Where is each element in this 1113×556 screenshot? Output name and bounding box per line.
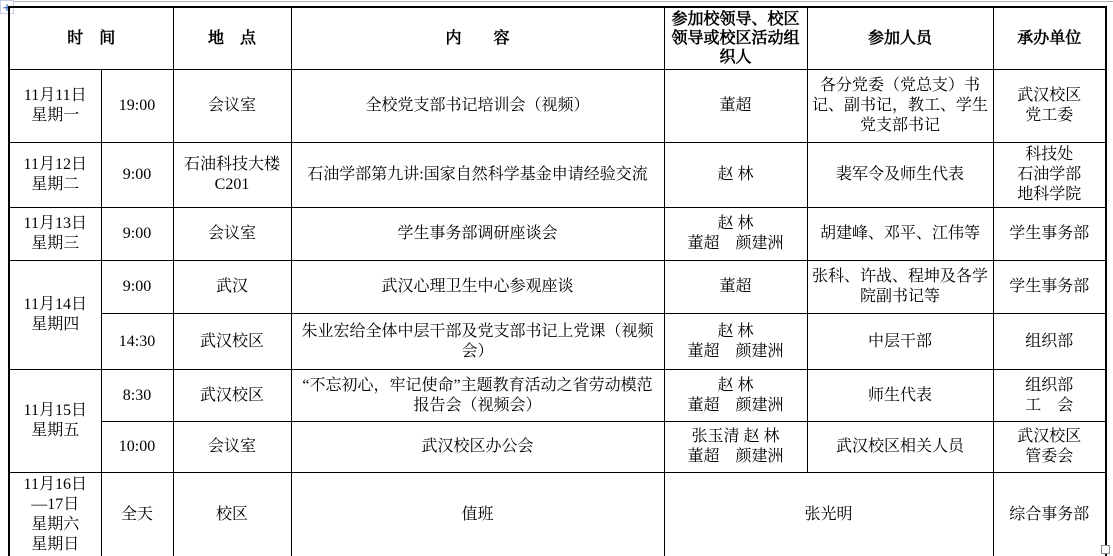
row-nov15-later: 10:00 会议室 武汉校区办公会 张玉清 赵 林 董超 颜建洲 武汉校区相关人… — [9, 422, 1106, 473]
leaders-text: 张玉清 赵 林 董超 颜建洲 — [669, 427, 803, 467]
cell-organizer[interactable]: 武汉校区 管委会 — [993, 422, 1106, 473]
header-cell-time[interactable]: 时 间 — [9, 7, 173, 70]
time-text: 14:30 — [106, 332, 169, 352]
leaders-text: 赵 林 董超 颜建洲 — [669, 376, 803, 416]
cell-leaders[interactable]: 董超 — [664, 70, 807, 143]
cell-leaders[interactable]: 赵 林 董超 颜建洲 — [664, 314, 807, 370]
header-participants-label: 参加人员 — [812, 29, 989, 49]
organizer-text: 组织部 — [998, 332, 1102, 352]
row-nov14-morning: 11月14日 星期四 9:00 武汉 武汉心理卫生中心参观座谈 董超 张科、许战… — [9, 261, 1106, 314]
cell-date[interactable]: 11月14日 星期四 — [9, 261, 101, 370]
content-text: 石油学部第九讲:国家自然科学基金申请经验交流 — [296, 165, 660, 185]
duty-person-text: 张光明 — [669, 505, 989, 525]
content-text: “不忘初心，牢记使命”主题教育活动之省劳动模范报告会（视频会） — [296, 376, 660, 416]
header-cell-organizer[interactable]: 承办单位 — [993, 7, 1106, 70]
cell-organizer[interactable]: 学生事务部 — [993, 208, 1106, 261]
header-location-label: 地 点 — [178, 29, 287, 49]
table-resize-handle[interactable] — [1101, 545, 1110, 554]
location-text: 武汉校区 — [178, 332, 287, 352]
cell-location[interactable]: 会议室 — [173, 70, 291, 143]
cell-content[interactable]: 武汉校区办公会 — [291, 422, 664, 473]
cell-content[interactable]: 朱业宏给全体中层干部及党支部书记上党课（视频会） — [291, 314, 664, 370]
cell-content[interactable]: 值班 — [291, 473, 664, 556]
row-nov15-morning: 11月15日 星期五 8:30 武汉校区 “不忘初心，牢记使命”主题教育活动之省… — [9, 370, 1106, 422]
header-time-label: 时 间 — [14, 29, 169, 49]
header-cell-content[interactable]: 内 容 — [291, 7, 664, 70]
organizer-text: 武汉校区 党工委 — [998, 86, 1102, 126]
location-text: 会议室 — [178, 96, 287, 116]
organizer-text: 科技处 石油学部 地科学院 — [998, 145, 1102, 205]
cell-leaders[interactable]: 赵 林 董超 颜建洲 — [664, 370, 807, 422]
leaders-text: 赵 林 — [669, 165, 803, 185]
cell-leaders[interactable]: 董超 — [664, 261, 807, 314]
location-text: 武汉校区 — [178, 386, 287, 406]
cell-location[interactable]: 武汉校区 — [173, 314, 291, 370]
time-text: 9:00 — [106, 165, 169, 185]
cell-time[interactable]: 8:30 — [101, 370, 173, 422]
row-nov11: 11月11日 星期一 19:00 会议室 全校党支部书记培训会（视频） 董超 各… — [9, 70, 1106, 143]
cell-participants[interactable]: 胡建峰、邓平、江伟等 — [807, 208, 993, 261]
date-text: 11月16日 —17日 星期六 星期日 — [14, 475, 97, 555]
location-text: 石油科技大楼 C201 — [178, 155, 287, 195]
organizer-text: 武汉校区 管委会 — [998, 427, 1102, 467]
location-text: 会议室 — [178, 437, 287, 457]
page-edge-line — [13, 1, 1113, 2]
content-text: 值班 — [296, 505, 660, 525]
cell-participants[interactable]: 裴军令及师生代表 — [807, 143, 993, 208]
cell-organizer[interactable]: 科技处 石油学部 地科学院 — [993, 143, 1106, 208]
header-cell-location[interactable]: 地 点 — [173, 7, 291, 70]
location-text: 校区 — [178, 505, 287, 525]
location-text: 会议室 — [178, 224, 287, 244]
leaders-text: 赵 林 董超 颜建洲 — [669, 322, 803, 362]
cell-date[interactable]: 11月12日 星期二 — [9, 143, 101, 208]
date-text: 11月11日 星期一 — [14, 86, 97, 126]
cell-leaders[interactable]: 赵 林 董超 颜建洲 — [664, 208, 807, 261]
header-cell-leaders[interactable]: 参加校领导、校区领导或校区活动组织人 — [664, 7, 807, 70]
organizer-text: 学生事务部 — [998, 224, 1102, 244]
cell-content[interactable]: 石油学部第九讲:国家自然科学基金申请经验交流 — [291, 143, 664, 208]
date-text: 11月13日 星期三 — [14, 214, 97, 254]
header-leaders-label: 参加校领导、校区领导或校区活动组织人 — [668, 10, 804, 67]
cell-location[interactable]: 武汉校区 — [173, 370, 291, 422]
organizer-text: 组织部 工 会 — [998, 376, 1102, 416]
cell-content[interactable]: 学生事务部调研座谈会 — [291, 208, 664, 261]
location-text: 武汉 — [178, 277, 287, 297]
header-row: 时 间 地 点 内 容 参加校领导、校区领导或校区活动组织人 参加人员 承办单位 — [9, 7, 1106, 70]
time-text: 9:00 — [106, 277, 169, 297]
cell-location[interactable]: 武汉 — [173, 261, 291, 314]
row-nov12: 11月12日 星期二 9:00 石油科技大楼 C201 石油学部第九讲:国家自然… — [9, 143, 1106, 208]
row-nov14-afternoon: 14:30 武汉校区 朱业宏给全体中层干部及党支部书记上党课（视频会） 赵 林 … — [9, 314, 1106, 370]
cell-participants[interactable]: 中层干部 — [807, 314, 993, 370]
schedule-table: 时 间 地 点 内 容 参加校领导、校区领导或校区活动组织人 参加人员 承办单位… — [8, 6, 1107, 556]
cell-time[interactable]: 9:00 — [101, 208, 173, 261]
participants-text: 各分党委（党总支）书记、副书记，教工、学生党支部书记 — [812, 76, 989, 136]
leaders-text: 赵 林 董超 颜建洲 — [669, 214, 803, 254]
leaders-text: 董超 — [669, 277, 803, 297]
time-text: 9:00 — [106, 224, 169, 244]
header-content-label: 内 容 — [296, 29, 660, 49]
header-cell-participants[interactable]: 参加人员 — [807, 7, 993, 70]
cell-content[interactable]: “不忘初心，牢记使命”主题教育活动之省劳动模范报告会（视频会） — [291, 370, 664, 422]
date-text: 11月14日 星期四 — [14, 295, 97, 335]
cell-location[interactable]: 石油科技大楼 C201 — [173, 143, 291, 208]
cell-time[interactable]: 9:00 — [101, 261, 173, 314]
time-text: 10:00 — [106, 437, 169, 457]
cell-content[interactable]: 武汉心理卫生中心参观座谈 — [291, 261, 664, 314]
participants-text: 张科、许战、程坤及各学院副书记等 — [812, 267, 989, 307]
cell-location[interactable]: 会议室 — [173, 208, 291, 261]
cell-time[interactable]: 10:00 — [101, 422, 173, 473]
content-text: 武汉校区办公会 — [296, 437, 660, 457]
date-text: 11月15日 星期五 — [14, 401, 97, 441]
cell-date[interactable]: 11月15日 星期五 — [9, 370, 101, 473]
content-text: 朱业宏给全体中层干部及党支部书记上党课（视频会） — [296, 322, 660, 362]
cell-content[interactable]: 全校党支部书记培训会（视频） — [291, 70, 664, 143]
leaders-text: 董超 — [669, 96, 803, 116]
cell-time[interactable]: 19:00 — [101, 70, 173, 143]
cell-date[interactable]: 11月16日 —17日 星期六 星期日 — [9, 473, 101, 556]
cell-organizer[interactable]: 组织部 工 会 — [993, 370, 1106, 422]
cell-organizer[interactable]: 综合事务部 — [993, 473, 1106, 556]
cell-organizer[interactable]: 组织部 — [993, 314, 1106, 370]
row-nov16-17: 11月16日 —17日 星期六 星期日 全天 校区 值班 张光明 综合事务部 — [9, 473, 1106, 556]
cell-participants[interactable]: 师生代表 — [807, 370, 993, 422]
cell-participants[interactable]: 武汉校区相关人员 — [807, 422, 993, 473]
cell-time[interactable]: 全天 — [101, 473, 173, 556]
cell-location[interactable]: 校区 — [173, 473, 291, 556]
participants-text: 胡建峰、邓平、江伟等 — [812, 224, 989, 244]
time-text: 8:30 — [106, 386, 169, 406]
time-text: 19:00 — [106, 96, 169, 116]
cell-organizer[interactable]: 武汉校区 党工委 — [993, 70, 1106, 143]
cell-participants[interactable]: 各分党委（党总支）书记、副书记，教工、学生党支部书记 — [807, 70, 993, 143]
content-text: 全校党支部书记培训会（视频） — [296, 96, 660, 116]
participants-text: 武汉校区相关人员 — [812, 437, 989, 457]
content-text: 学生事务部调研座谈会 — [296, 224, 660, 244]
content-text: 武汉心理卫生中心参观座谈 — [296, 277, 660, 297]
organizer-text: 学生事务部 — [998, 277, 1102, 297]
cell-date[interactable]: 11月11日 星期一 — [9, 70, 101, 143]
cell-organizer[interactable]: 学生事务部 — [993, 261, 1106, 314]
time-text: 全天 — [106, 505, 169, 525]
cell-participants[interactable]: 张科、许战、程坤及各学院副书记等 — [807, 261, 993, 314]
cell-leaders[interactable]: 赵 林 — [664, 143, 807, 208]
organizer-text: 综合事务部 — [998, 505, 1102, 525]
cell-time[interactable]: 9:00 — [101, 143, 173, 208]
row-nov13: 11月13日 星期三 9:00 会议室 学生事务部调研座谈会 赵 林 董超 颜建… — [9, 208, 1106, 261]
cell-location[interactable]: 会议室 — [173, 422, 291, 473]
date-text: 11月12日 星期二 — [14, 155, 97, 195]
header-organizer-label: 承办单位 — [998, 29, 1102, 49]
participants-text: 中层干部 — [812, 332, 989, 352]
cell-duty-person[interactable]: 张光明 — [664, 473, 993, 556]
cell-date[interactable]: 11月13日 星期三 — [9, 208, 101, 261]
participants-text: 师生代表 — [812, 386, 989, 406]
participants-text: 裴军令及师生代表 — [812, 165, 989, 185]
cell-leaders[interactable]: 张玉清 赵 林 董超 颜建洲 — [664, 422, 807, 473]
cell-time[interactable]: 14:30 — [101, 314, 173, 370]
